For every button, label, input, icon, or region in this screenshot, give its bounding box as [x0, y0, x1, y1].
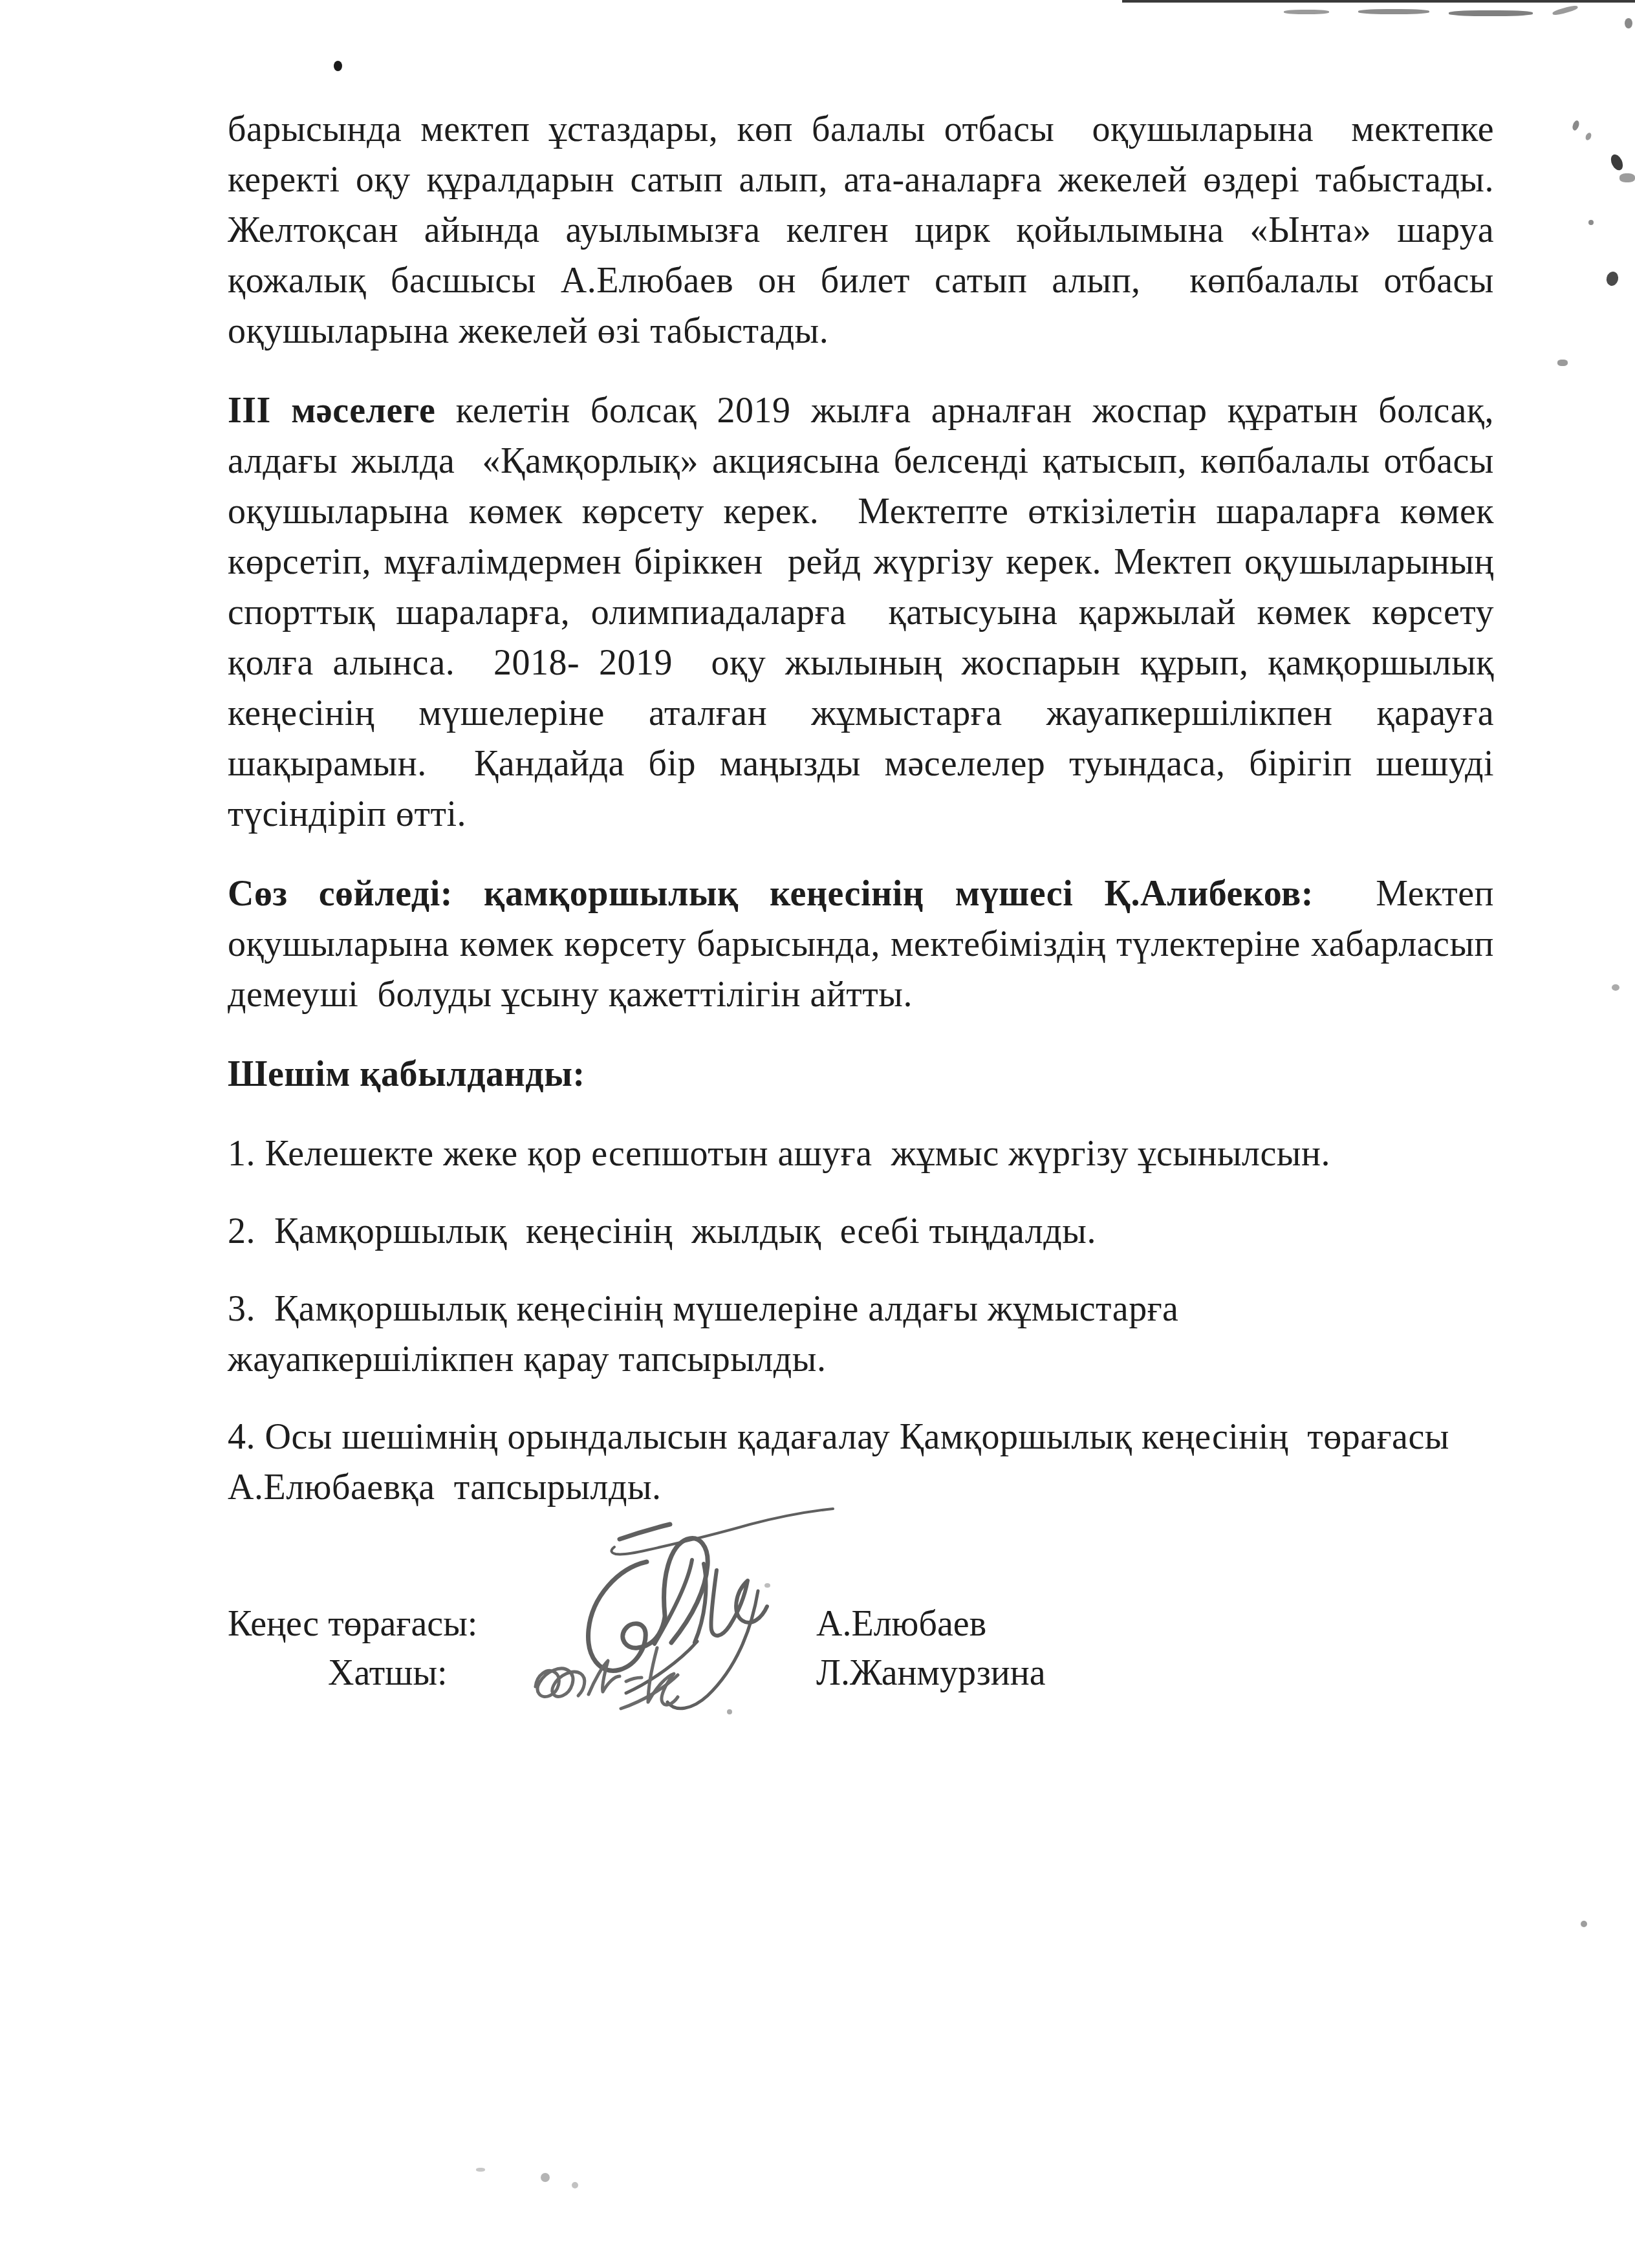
scan-smudge — [1449, 10, 1533, 16]
scan-smudge — [1552, 5, 1579, 16]
scan-noise-speck — [1588, 220, 1594, 225]
scan-edge-artifact — [1122, 0, 1635, 3]
secretary-label: Хатшы: — [328, 1648, 448, 1698]
scan-noise-speck — [1572, 120, 1581, 131]
paragraph-2-lead: ІІІ мәселеге — [228, 391, 435, 431]
scan-noise-speck — [541, 2173, 550, 2182]
paragraph-3-lead: Сөз сөйледі: қамқоршылық кеңесінің мүшес… — [228, 874, 1314, 914]
decision-item-1: 1. Келешекте жеке қор есепшотын ашуға жұ… — [228, 1129, 1494, 1179]
secretary-signature — [524, 1636, 705, 1714]
scan-noise-speck — [727, 1709, 732, 1714]
chairman-name: А.Елюбаев — [816, 1599, 986, 1649]
scan-noise-speck — [1585, 132, 1592, 141]
paragraph-1: барысында мектеп ұстаздары, көп балалы о… — [228, 104, 1494, 356]
secretary-name: Л.Жанмурзина — [816, 1648, 1046, 1698]
decision-heading: Шешім қабылданды: — [228, 1049, 1494, 1099]
scan-noise-speck — [1608, 153, 1625, 172]
decision-item-3: 3. Қамқоршылық кеңесінің мүшелеріне алда… — [228, 1284, 1494, 1385]
scan-smudge — [1358, 9, 1429, 14]
paragraph-2: ІІІ мәселеге келетін болсақ 2019 жылға а… — [228, 385, 1494, 839]
scan-noise-speck — [476, 2168, 485, 2172]
decision-item-4: 4. Осы шешімнің орындалысын қадағалау Қа… — [228, 1412, 1494, 1513]
scanned-document-page: барысында мектеп ұстаздары, көп балалы о… — [0, 0, 1635, 2268]
scan-noise-speck — [572, 2182, 578, 2188]
scan-noise-speck — [1557, 360, 1568, 366]
scan-noise-speck — [1619, 173, 1635, 182]
scan-smudge — [1284, 10, 1329, 14]
chairman-label: Кеңес төрағасы: — [228, 1599, 477, 1649]
scan-noise-speck — [764, 1583, 770, 1588]
scan-noise-speck — [1581, 1921, 1587, 1927]
scan-noise-speck — [1605, 270, 1619, 287]
ink-dot — [334, 61, 342, 71]
decision-item-2: 2. Қамқоршылық кеңесінің жылдық есебі ты… — [228, 1206, 1494, 1257]
paragraph-3: Сөз сөйледі: қамқоршылық кеңесінің мүшес… — [228, 869, 1494, 1020]
scan-noise-speck — [1612, 984, 1619, 991]
paragraph-2-body: келетін болсақ 2019 жылға арналған жоспа… — [228, 391, 1504, 834]
scan-noise-speck — [1625, 18, 1632, 28]
body-text: барысында мектеп ұстаздары, көп балалы о… — [228, 104, 1494, 1540]
